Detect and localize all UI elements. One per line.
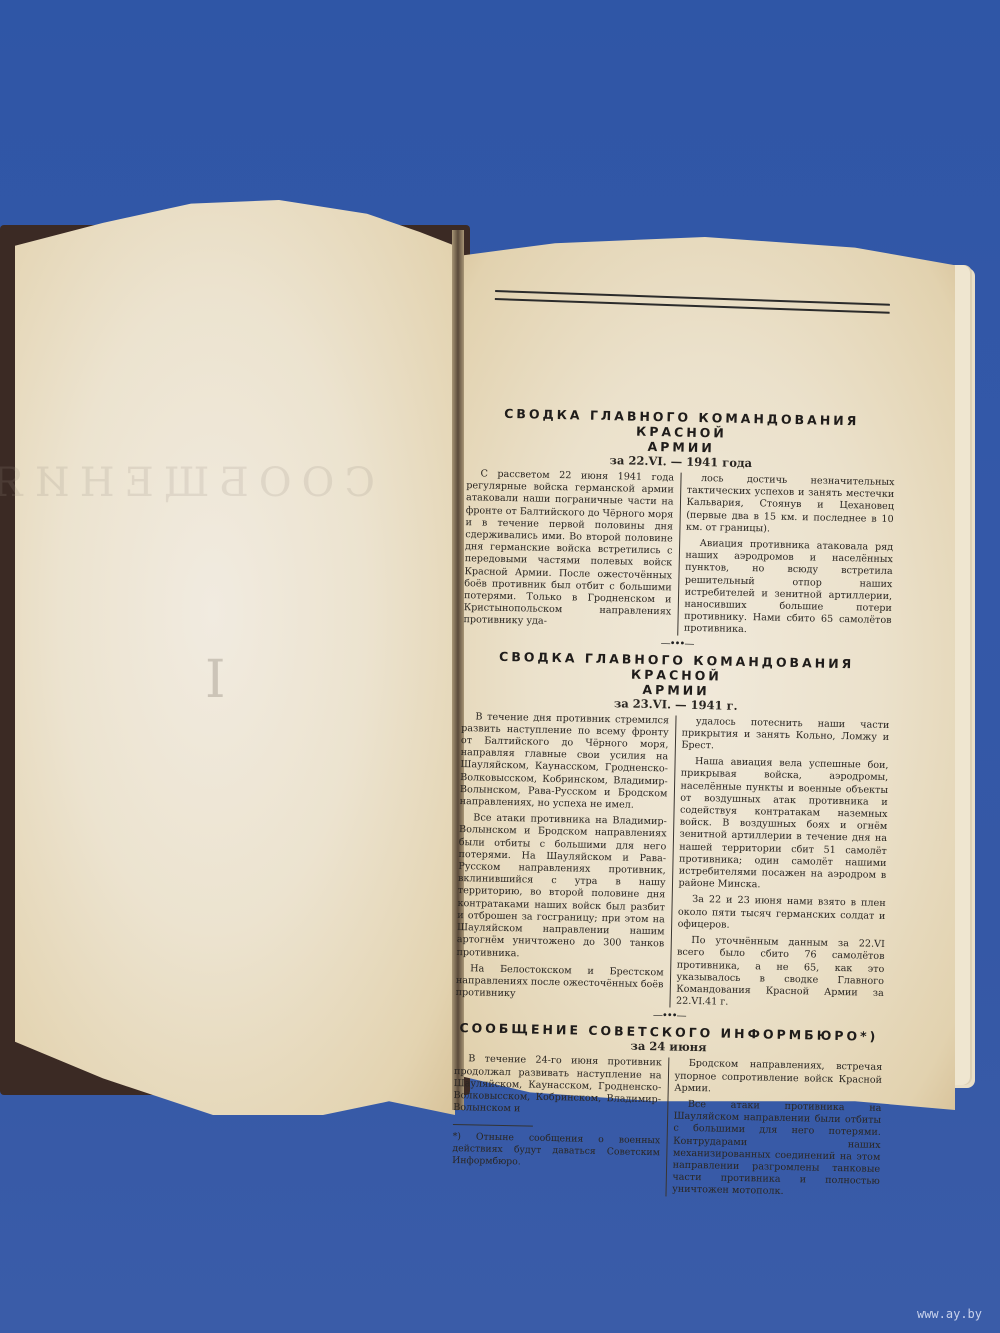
left-page xyxy=(15,200,455,1115)
paragraph: На Белостокском и Брестском направлениях… xyxy=(456,963,664,1004)
watermark: www.ay.by xyxy=(917,1307,982,1321)
text-column-left: В течение 24-го июня противник продолжал… xyxy=(446,1053,669,1196)
paragraph: Авиация противника атаковала ряд наших а… xyxy=(684,538,893,640)
paragraph: С рассветом 22 июня 1941 года регулярные… xyxy=(463,468,674,631)
paragraph: Бродском направлениях, встречая упорное … xyxy=(674,1058,882,1099)
footnote-rule xyxy=(453,1124,533,1127)
text-column-right: Бродском направлениях, встречая упорное … xyxy=(666,1058,888,1201)
report-section-22-june: СВОДКА ГЛАВНОГО КОМАНДОВАНИЯ КРАСНОЙ АРМ… xyxy=(457,405,902,640)
paragraph: В течение дня противник стремился развит… xyxy=(460,711,669,813)
paragraph: Наша авиация вела успешные бои, прикрыва… xyxy=(678,756,888,895)
left-page-ghost-title: СООБЩЕНИЯ xyxy=(75,460,375,506)
text-column-left: В течение дня противник стремился развит… xyxy=(449,711,676,1008)
paragraph: лось достичь незначительных тактических … xyxy=(686,473,895,538)
footnote: *) Отныне сообщения о военных действиях … xyxy=(452,1131,660,1171)
report-section-24-june: СООБЩЕНИЕ СОВЕТСКОГО ИНФОРМБЮРО*) за 24 … xyxy=(446,1020,889,1200)
paragraph: В течение 24-го июня противник продолжал… xyxy=(453,1053,662,1118)
paragraph: По уточнённым данным за 22.VI всего было… xyxy=(676,935,885,1013)
paragraph: Все атаки противника на Владимир-Волынск… xyxy=(456,812,667,963)
paragraph: За 22 и 23 июня нами взято в плен около … xyxy=(678,894,886,935)
text-column-right: лось достичь незначительных тактических … xyxy=(678,473,901,640)
right-page-content: СВОДКА ГЛАВНОГО КОМАНДОВАНИЯ КРАСНОЙ АРМ… xyxy=(446,405,902,1201)
report-section-23-june: СВОДКА ГЛАВНОГО КОМАНДОВАНИЯ КРАСНОЙ АРМ… xyxy=(449,648,896,1013)
text-column-right: удалось потеснить наши части прикрытия и… xyxy=(670,715,896,1012)
paragraph: Все атаки противника на Шауляйском напра… xyxy=(672,1099,881,1201)
text-column-left: С рассветом 22 июня 1941 года регулярные… xyxy=(457,468,681,635)
paragraph: удалось потеснить наши части прикрытия и… xyxy=(681,715,889,756)
left-page-ghost-numeral: I xyxy=(205,650,226,710)
